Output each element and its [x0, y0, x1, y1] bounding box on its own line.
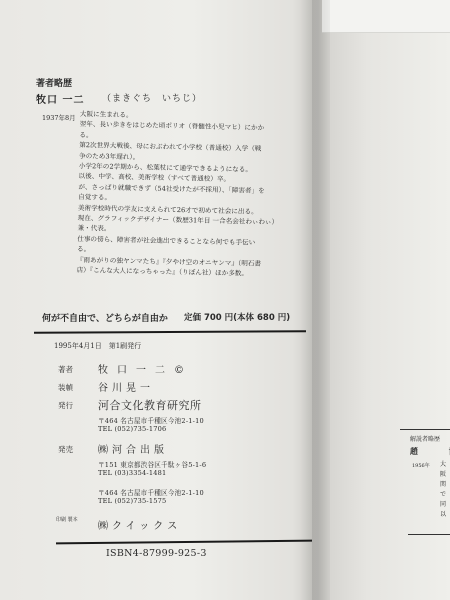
bio-heading: 著者略歴: [36, 76, 72, 89]
commentator-name: 趙 博: [410, 446, 450, 457]
credit-value: 牧口一二©: [98, 361, 193, 376]
bio-body: 大阪に生まれる。 翌年、長い歩きをはじめた頃ポリオ（脊髄性小児マヒ）にかか る。…: [77, 109, 316, 280]
isbn: ISBN4-87999-925-3: [106, 548, 207, 559]
book-gutter-shadow: [300, 0, 330, 600]
credit-label: 装幀: [58, 382, 73, 393]
right-page-top-edge: [322, 0, 450, 33]
credit-label: 著者: [58, 364, 73, 375]
distributor-tel-2: TEL (052)735-1575: [98, 497, 166, 505]
credit-label: 印刷 製本: [56, 517, 72, 523]
left-page: [0, 0, 318, 600]
commentator-bio-fragment: 大 阪 関 で 同 以: [440, 460, 446, 520]
credit-value: ㈱河合出版: [98, 441, 168, 456]
bio-glyph: 大: [440, 460, 446, 470]
bio-date: 1937年8月: [42, 113, 76, 122]
bio-glyph: 同: [440, 500, 446, 510]
divider-rule: [400, 429, 450, 430]
publisher-address: 〒464 名古屋市千種区今池2-1-10: [98, 415, 204, 425]
publisher-tel: TEL (052)735-1706: [98, 425, 166, 433]
credit-value: ㈱クイックス: [98, 517, 181, 532]
credit-label: 発行: [58, 400, 73, 411]
author-name: 牧口 一二: [36, 91, 84, 106]
distributor-tel: TEL (03)3354-1481: [98, 469, 166, 477]
credit-label: 発売: [58, 444, 73, 455]
commentator-bio-heading: 解説者略歴: [410, 434, 440, 443]
author-reading: （まきぐち いちじ）: [102, 91, 202, 104]
bio-glyph: で: [440, 490, 446, 500]
credit-value: 谷川晃一: [98, 379, 154, 394]
bio-glyph: 関: [440, 480, 446, 490]
bio-glyph: 阪: [440, 470, 446, 480]
book-title: 何が不自由で、どちらが自由か: [42, 311, 168, 324]
divider-rule: [408, 534, 450, 535]
distributor-address: 〒151 東京都渋谷区千駄ヶ谷5-1-6: [98, 459, 206, 469]
distributor-address-2: 〒464 名古屋市千種区今池2-1-10: [98, 487, 204, 497]
price: 定価 700 円(本体 680 円): [184, 311, 290, 323]
commentator-year: 1956年: [412, 462, 430, 469]
credit-value: 河合文化教育研究所: [98, 397, 202, 413]
bio-glyph: 以: [440, 510, 446, 520]
right-page: [312, 0, 450, 600]
publication-date: 1995年4月1日 第1刷発行: [54, 341, 141, 351]
